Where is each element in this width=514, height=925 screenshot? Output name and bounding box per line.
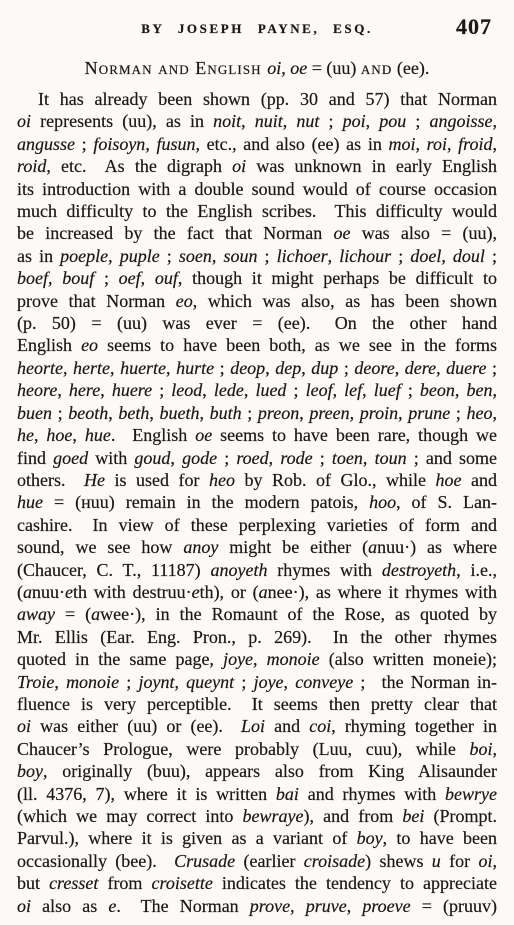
text-line: (anuu·eth with destruu·eth), or (anee·),… <box>17 581 497 603</box>
text-line: heore, here, huere ; leod, lede, lued ; … <box>17 379 497 401</box>
text-line: cashire. In view of these perplexing var… <box>17 514 497 536</box>
text-line: (Chaucer, C. T., 11187) anoyeth rhymes w… <box>17 559 497 581</box>
text-line: oi represents (uu), as in noit, nuit, nu… <box>17 110 497 132</box>
text-line: away = (awee·), in the Romaunt of the Ro… <box>17 603 497 625</box>
text-line: roid, etc. As the digraph oi was unknown… <box>17 155 497 177</box>
text-line: buen ; beoth, beth, bueth, buth ; preon,… <box>17 402 497 424</box>
text-line: fluence is very perceptible. It seems th… <box>17 693 497 715</box>
text-line: Parvul.), where it is given as a variant… <box>17 827 497 849</box>
text-line: but cresset from croisette indicates the… <box>17 872 497 894</box>
text-line: he, hoe, hue. English oe seems to have b… <box>17 424 497 446</box>
text-line: find goed with goud, gode ; roed, rode ;… <box>17 447 497 469</box>
text-line: boef, bouf ; oef, ouf, though it might p… <box>17 267 497 289</box>
running-title: BY JOSEPH PAYNE, ESQ. <box>17 14 497 37</box>
text-line: (ll. 4376, 7), where it is written bai a… <box>17 783 497 805</box>
text-line: English eo seems to have been both, as w… <box>17 334 497 356</box>
text-line: sound, we see how anoy might be either (… <box>17 536 497 558</box>
text-line: oi also as e. The Norman prove, pruve, p… <box>17 895 497 917</box>
text-line: (which we may correct into bewraye), and… <box>17 805 497 827</box>
text-line: hue = (ʜuu) remain in the modern patois,… <box>17 491 497 513</box>
text-line: occasionally (bee). Crusade (earlier cro… <box>17 850 497 872</box>
page-body: It has already been shown (pp. 30 and 57… <box>17 88 497 917</box>
text-line: Troie, monoie ; joynt, queynt ; joye, co… <box>17 671 497 693</box>
text-line: much difficulty to the English scribes. … <box>17 200 497 222</box>
text-line: quoted in the same page, joye, monoie (a… <box>17 648 497 670</box>
text-line: Mr. Ellis (Ear. Eng. Pron., p. 269). In … <box>17 626 497 648</box>
text-line: boy, originally (buu), appears also from… <box>17 760 497 782</box>
text-line: others. He is used for heo by Rob. of Gl… <box>17 469 497 491</box>
text-line: angusse ; foisoyn, fusun, etc., and also… <box>17 133 497 155</box>
text-line: oi was either (uu) or (ee). Loi and coi,… <box>17 715 497 737</box>
text-line: Chaucer’s Prologue, were probably (Luu, … <box>17 738 497 760</box>
section-heading: Norman and English oi, oe = (uu) and (ee… <box>17 58 497 79</box>
text-line: prove that Norman eo, which was also, as… <box>17 290 497 312</box>
text-line: be increased by the fact that Norman oe … <box>17 222 497 244</box>
text-line: as in poeple, puple ; soen, soun ; licho… <box>17 245 497 267</box>
running-header: BY JOSEPH PAYNE, ESQ. 407 <box>17 14 497 44</box>
text-line: its introduction with a double sound wou… <box>17 178 497 200</box>
book-page: BY JOSEPH PAYNE, ESQ. 407 Norman and Eng… <box>0 0 514 925</box>
text-line: heorte, herte, huerte, hurte ; deop, dep… <box>17 357 497 379</box>
text-line: It has already been shown (pp. 30 and 57… <box>17 88 497 110</box>
text-line: (p. 50) = (uu) was ever = (ee). On the o… <box>17 312 497 334</box>
page-number: 407 <box>456 14 492 40</box>
